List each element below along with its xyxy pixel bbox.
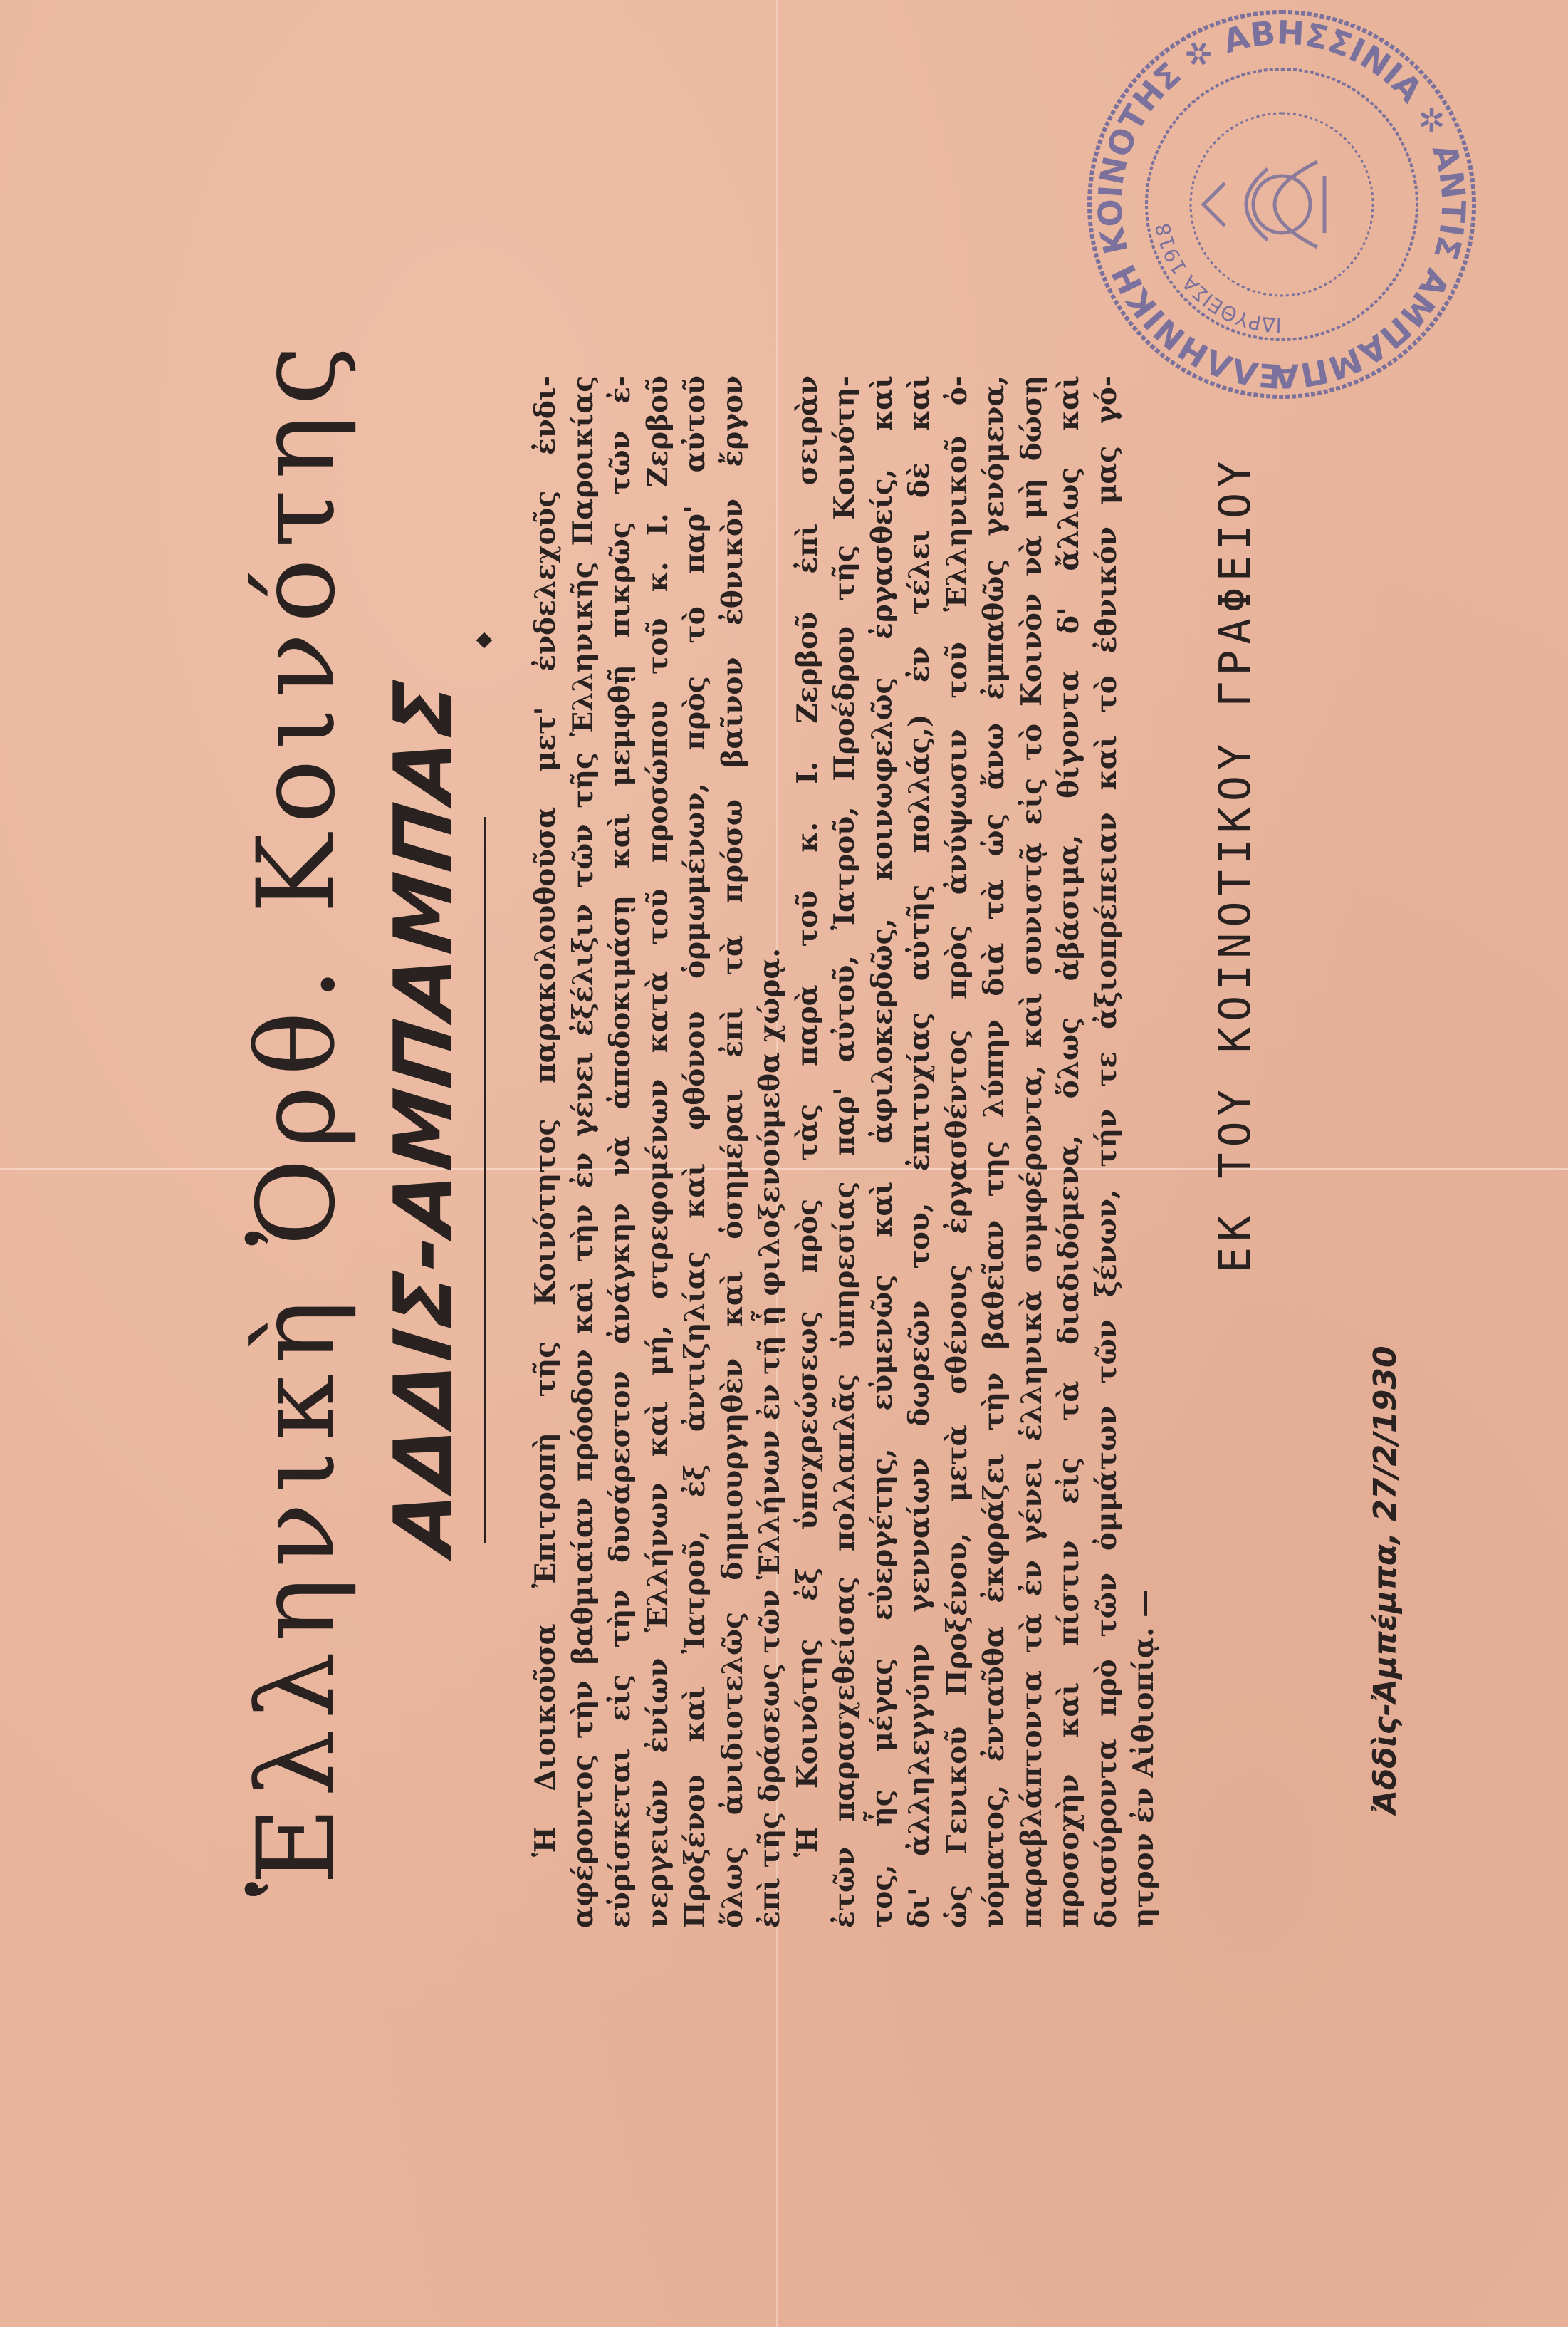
rule-ornament-icon: [476, 632, 493, 649]
text-line: Ἡ Κοινότης ἐξ ὑποχρεώσεως πρὸς τὰς παρὰ …: [789, 375, 827, 1928]
document-body: Ἡ Διοικοῦσα Ἐπιτροπὴ τῆς Κοινότητος παρα…: [527, 375, 1163, 1928]
text-line: διασύροντα πρὸ τῶν ὀμμάτων τῶν ξένων, τή…: [1088, 375, 1126, 1928]
text-line: προσοχὴν καὶ πίστιν εἰς τὰ διαδιδόμενα, …: [1050, 375, 1088, 1928]
text-line: ἐπὶ τῆς δράσεως τῶν Ἑλλήνων ἐν τῇ ᾗ φιλο…: [751, 375, 789, 1928]
document-subtitle: ΑΔΔΙΣ-ΑΜΠΑΜΠΑΣ: [377, 328, 470, 1905]
text-line: νόματος, ἐνταῦθα ἐκφράζει τὴν βαθεῖαν τη…: [976, 375, 1013, 1928]
text-line: Προξένου καὶ Ἰατροῦ, ἐξ ἀντιζηλίας καὶ φ…: [676, 375, 714, 1928]
community-seal-icon: ΕΛΛΗΝΙΚΗ ΚΟΙΝΟΤΗΣ ✲ ΑΒΗΣΣΙΝΙΑ ✲ ΑΝΤΙΣ ΑΜ…: [1082, 5, 1481, 404]
paragraph: Ἡ Διοικοῦσα Ἐπιτροπὴ τῆς Κοινότητος παρα…: [527, 375, 789, 1928]
paragraph: Ἡ Κοινότης ἐξ ὑποχρεώσεως πρὸς τὰς παρὰ …: [789, 375, 1163, 1928]
text-line: ἐτῶν παρασχεθείσας πολλαπλᾶς ὑπηρεσίας π…: [826, 375, 864, 1928]
text-line: δι' ἀλληλεγγύην γενναίων δωρεῶν του, ἐπι…: [901, 375, 939, 1928]
place-date: Ἀδδὶς-Ἀμπέμπα, 27/2/1930: [1367, 1345, 1404, 1814]
text-line: παραβλάπτοντα τὰ ἐν γένει ἑλληνικὰ συμφέ…: [1013, 375, 1051, 1928]
text-line: ὡς Γενικοῦ Προξένου, μετὰ σθένους ἐργασθ…: [939, 375, 976, 1928]
title-rule: [484, 817, 486, 1543]
document-sheet: Ἑλληνικὴ Ὀρθ. Κοινότης ΑΔΔΙΣ-ΑΜΠΑΜΠΑΣ Ἡ …: [0, 0, 1568, 2327]
document-title: Ἑλληνικὴ Ὀρθ. Κοινότης: [235, 333, 359, 1900]
signature-line: ΕΚ ΤΟΥ ΚΟΙΝΟΤΙΚΟΥ ΓΡΑΦΕΙΟΥ: [1211, 456, 1260, 1273]
text-line: αφέροντος τὴν βαθμιαίαν πρόοδον καὶ τὴν …: [565, 375, 602, 1928]
text-line: ητρον ἐν Αἰθιοπίᾳ. —: [1125, 375, 1163, 1928]
text-line: νεργειῶν ἐνίων Ἑλλήνων καὶ μή, στρεφομέν…: [639, 375, 677, 1928]
text-line: εὑρίσκεται εἰς τὴν δυσάρεστον ἀνάγκην νὰ…: [602, 375, 639, 1928]
text-line: ὅλως ἀνιδιοτελῶς δημιουργηθὲν καὶ ὁσημέρ…: [714, 375, 752, 1928]
text-line: τος, ἧς μέγας εὐεργέτης, εὐμενῶς καὶ ἀφι…: [864, 375, 901, 1928]
text-line: Ἡ Διοικοῦσα Ἐπιτροπὴ τῆς Κοινότητος παρα…: [527, 375, 565, 1928]
